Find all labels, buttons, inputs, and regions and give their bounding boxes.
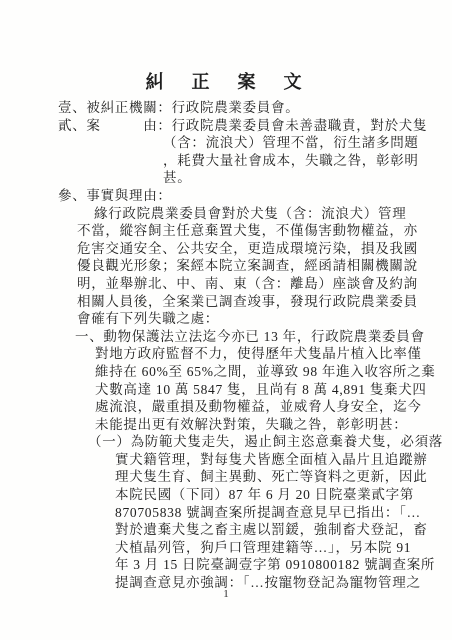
doc-line: ，耗費大量社會成本，失職之咎，彰彰明	[163, 152, 452, 170]
doc-line: 危害交通安全、公共安全，更造成環境污染，損及我國	[77, 240, 452, 258]
doc-line: （一）為防範犬隻走失，遏止飼主恣意棄養犬隻，必須落	[88, 433, 452, 451]
document-page: 糾 正 案 文 壹、被糾正機關：行政院農業委員會。貳、案 由：行政院農業委員會未…	[0, 0, 452, 640]
doc-line: 本院民國（下同）87 年 6 月 20 日院臺業貳字第	[115, 486, 452, 504]
doc-line: 相關人員後，全案業已調查竣事，發現行政院農業委員	[77, 293, 452, 311]
page-number: 1	[0, 588, 452, 600]
doc-line: 參、事實與理由：	[58, 187, 452, 205]
doc-line: 未能提出更有效解決對策，失職之咎，彰彰明甚：	[95, 416, 452, 434]
doc-line: 會確有下列失職之處：	[77, 310, 452, 328]
document-body: 壹、被糾正機關：行政院農業委員會。貳、案 由：行政院農業委員會未善盡職責，對於犬…	[0, 99, 452, 592]
doc-line: 明，並舉辦北、中、南、東（含：離島）座談會及約詢	[77, 275, 452, 293]
doc-line: 緣行政院農業委員會對於犬隻（含：流浪犬）管理	[94, 205, 452, 223]
doc-line: 犬數高達 10 萬 5847 隻，且尚有 8 萬 4,891 隻棄犬四	[95, 381, 452, 399]
doc-line: 壹、被糾正機關：行政院農業委員會。	[58, 99, 452, 117]
document-title: 糾 正 案 文	[0, 68, 452, 94]
doc-line: 優良觀光形象；案經本院立案調查，經函請相關機關說	[77, 257, 452, 275]
doc-line: 不當，縱容飼主任意棄置犬隻，不僅傷害動物權益，亦	[77, 222, 452, 240]
doc-line: 維持在 60%至 65%之間，並導致 98 年進入收容所之棄	[95, 363, 452, 381]
doc-line: 犬植晶列管，狗戶口管理建籍等…」，另本院 91	[115, 539, 452, 557]
doc-line: 一、動物保護法立法迄今亦已 13 年，行政院農業委員會	[75, 328, 452, 346]
doc-line: 甚。	[163, 169, 452, 187]
doc-line: 實犬籍管理，對每隻犬皆應全面植入晶片且追蹤辦	[115, 451, 452, 469]
doc-line: 貳、案 由：行政院農業委員會未善盡職責，對於犬隻	[58, 117, 452, 135]
doc-line: 年 3 月 15 日院臺調壹字第 0910800182 號調查案所	[115, 556, 452, 574]
doc-line: （含：流浪犬）管理不當，衍生諸多問題	[163, 134, 452, 152]
doc-line: 對地方政府監督不力，使得歷年犬隻晶片植入比率僅	[95, 345, 452, 363]
doc-line: 870705838 號調查案所提調查意見早已指出：「…	[115, 504, 452, 522]
doc-line: 處流浪，嚴重損及動物權益，並威脅人身安全，迄今	[95, 398, 452, 416]
doc-line: 理犬隻生育、飼主異動、死亡等資料之更新，因此	[115, 468, 452, 486]
doc-line: 對於遺棄犬隻之畜主處以罰鍰，強制畜犬登記，畜	[115, 521, 452, 539]
